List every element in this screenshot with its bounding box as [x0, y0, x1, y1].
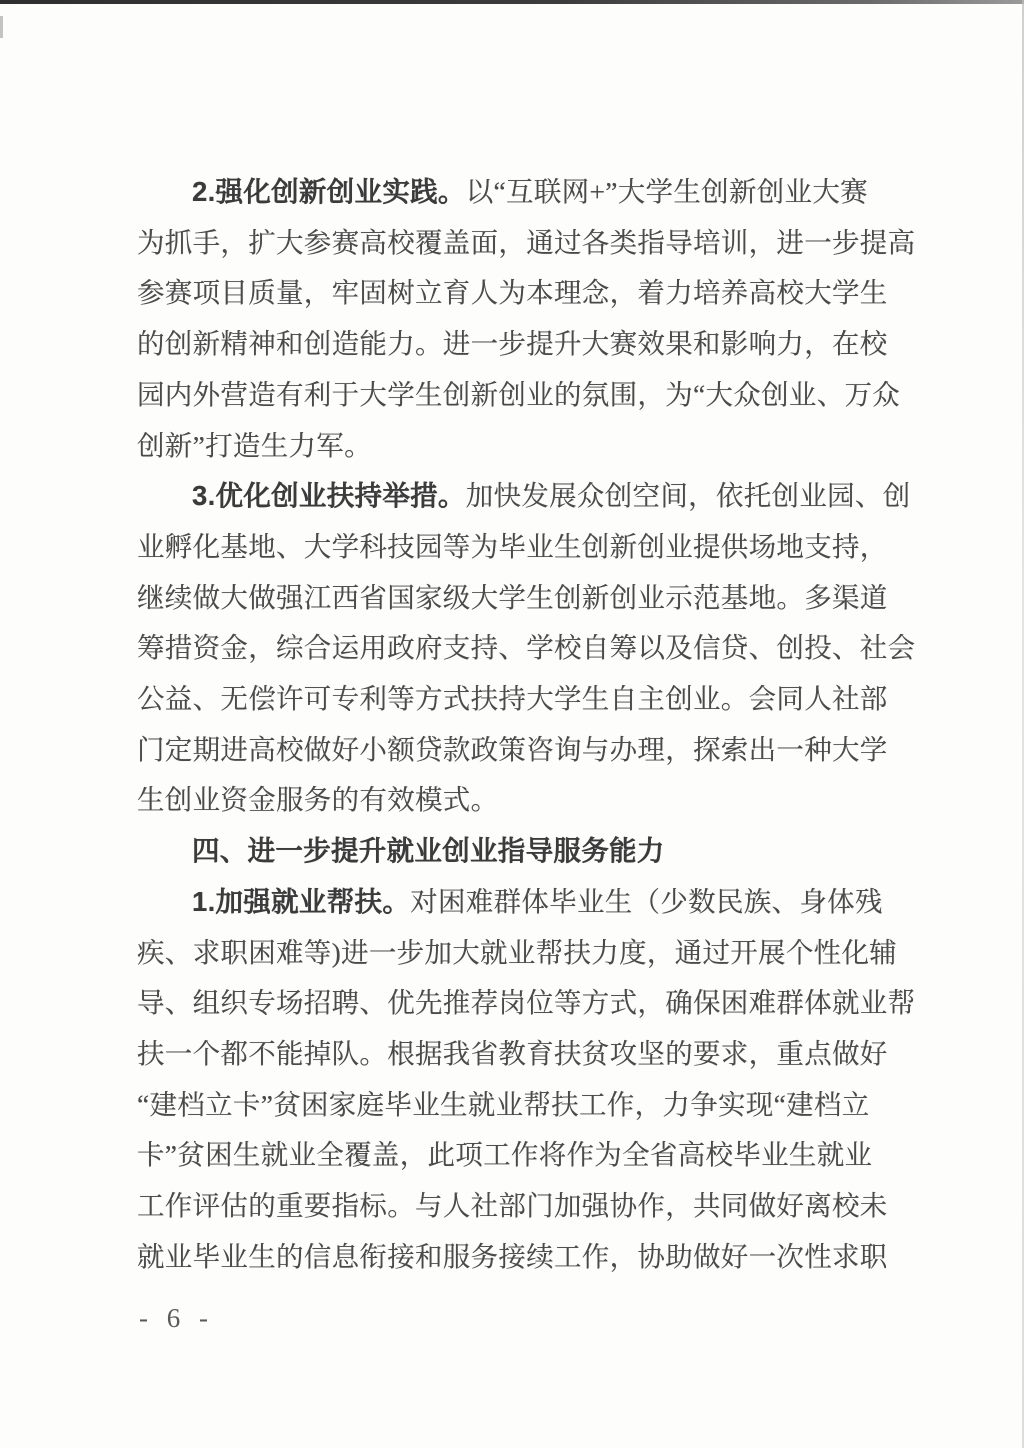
text-segment: 加快发展众创空间，依托创业园、创 — [466, 480, 911, 511]
text-segment: 卡”贫困生就业全覆盖，此项工作将作为全省高校毕业生就业 — [137, 1139, 872, 1170]
text-segment: 公益、无偿许可专利等方式扶持大学生自主创业。会同人社部 — [137, 683, 888, 714]
scan-artifact-top-line — [0, 0, 1024, 4]
text-segment: 门定期进高校做好小额贷款政策咨询与办理，探索出一种大学 — [137, 734, 888, 765]
text-line: 卡”贫困生就业全覆盖，此项工作将作为全省高校毕业生就业 — [137, 1130, 915, 1181]
document-page: 2.强化创新创业实践。以“互联网+”大学生创新创业大赛为抓手，扩大参赛高校覆盖面… — [0, 0, 1024, 1448]
text-line: 的创新精神和创造能力。进一步提升大赛效果和影响力，在校 — [137, 319, 915, 370]
text-line: 继续做大做强江西省国家级大学生创新创业示范基地。多渠道 — [137, 573, 915, 624]
text-line: 园内外营造有利于大学生创新创业的氛围，为“大众创业、万众 — [137, 370, 915, 421]
text-line: 创新”打造生力军。 — [137, 421, 915, 472]
text-segment: 为抓手，扩大参赛高校覆盖面，通过各类指导培训，进一步提高 — [137, 227, 915, 258]
text-segment: 对困难群体毕业生（少数民族、身体残 — [410, 886, 883, 917]
text-line: 筹措资金，综合运用政府支持、学校自筹以及信贷、创投、社会 — [137, 623, 915, 674]
text-line: 参赛项目质量，牢固树立育人为本理念，着力培养高校大学生 — [137, 268, 915, 319]
text-line: 业孵化基地、大学科技园等为毕业生创新创业提供场地支持， — [137, 522, 915, 573]
bold-text-segment: 2.强化创新创业实践。 — [192, 176, 466, 207]
text-segment: 参赛项目质量，牢固树立育人为本理念，着力培养高校大学生 — [137, 277, 888, 308]
text-segment: 筹措资金，综合运用政府支持、学校自筹以及信贷、创投、社会 — [137, 632, 915, 663]
bold-text-segment: 3.优化创业扶持举措。 — [192, 480, 466, 511]
text-line: 扶一个都不能掉队。根据我省教育扶贫攻坚的要求，重点做好 — [137, 1029, 915, 1080]
text-segment: 业孵化基地、大学科技园等为毕业生创新创业提供场地支持， — [137, 531, 888, 562]
text-segment: 生创业资金服务的有效模式。 — [137, 784, 498, 815]
text-segment: 的创新精神和创造能力。进一步提升大赛效果和影响力，在校 — [137, 328, 888, 359]
page-number: - 6 - — [139, 1303, 210, 1334]
text-line: 导、组织专场招聘、优先推荐岗位等方式，确保困难群体就业帮 — [137, 978, 915, 1029]
text-segment: 导、组织专场招聘、优先推荐岗位等方式，确保困难群体就业帮 — [137, 987, 915, 1018]
text-segment: 扶一个都不能掉队。根据我省教育扶贫攻坚的要求，重点做好 — [137, 1038, 888, 1069]
text-segment: 以“互联网+”大学生创新创业大赛 — [466, 176, 868, 207]
text-line: 工作评估的重要指标。与人社部门加强协作，共同做好离校未 — [137, 1181, 915, 1232]
text-line: 生创业资金服务的有效模式。 — [137, 775, 915, 826]
text-line: 3.优化创业扶持举措。加快发展众创空间，依托创业园、创 — [137, 471, 915, 522]
text-line: 公益、无偿许可专利等方式扶持大学生自主创业。会同人社部 — [137, 674, 915, 725]
text-line: 1.加强就业帮扶。对困难群体毕业生（少数民族、身体残 — [137, 877, 915, 928]
text-line: 为抓手，扩大参赛高校覆盖面，通过各类指导培训，进一步提高 — [137, 218, 915, 269]
text-segment: 继续做大做强江西省国家级大学生创新创业示范基地。多渠道 — [137, 582, 888, 613]
text-segment: 创新”打造生力军。 — [137, 430, 372, 461]
text-segment: 就业毕业生的信息衔接和服务接续工作，协助做好一次性求职 — [137, 1241, 888, 1272]
text-segment: 工作评估的重要指标。与人社部门加强协作，共同做好离校未 — [137, 1190, 888, 1221]
text-segment: “建档立卡”贫困家庭毕业生就业帮扶工作，力争实现“建档立 — [137, 1089, 870, 1120]
document-body: 2.强化创新创业实践。以“互联网+”大学生创新创业大赛为抓手，扩大参赛高校覆盖面… — [137, 167, 915, 1282]
scan-artifact-left-nick — [0, 16, 3, 38]
text-segment: 园内外营造有利于大学生创新创业的氛围，为“大众创业、万众 — [137, 379, 900, 410]
section-heading-line: 四、进一步提升就业创业指导服务能力 — [137, 826, 915, 877]
bold-text-segment: 1.加强就业帮扶。 — [192, 886, 410, 917]
text-line: 疾、求职困难等)进一步加大就业帮扶力度，通过开展个性化辅 — [137, 928, 915, 979]
text-line: 门定期进高校做好小额贷款政策咨询与办理，探索出一种大学 — [137, 725, 915, 776]
text-line: “建档立卡”贫困家庭毕业生就业帮扶工作，力争实现“建档立 — [137, 1080, 915, 1131]
text-segment: 疾、求职困难等)进一步加大就业帮扶力度，通过开展个性化辅 — [137, 937, 897, 968]
text-line: 2.强化创新创业实践。以“互联网+”大学生创新创业大赛 — [137, 167, 915, 218]
text-line: 就业毕业生的信息衔接和服务接续工作，协助做好一次性求职 — [137, 1232, 915, 1283]
bold-text-segment: 四、进一步提升就业创业指导服务能力 — [192, 835, 665, 866]
